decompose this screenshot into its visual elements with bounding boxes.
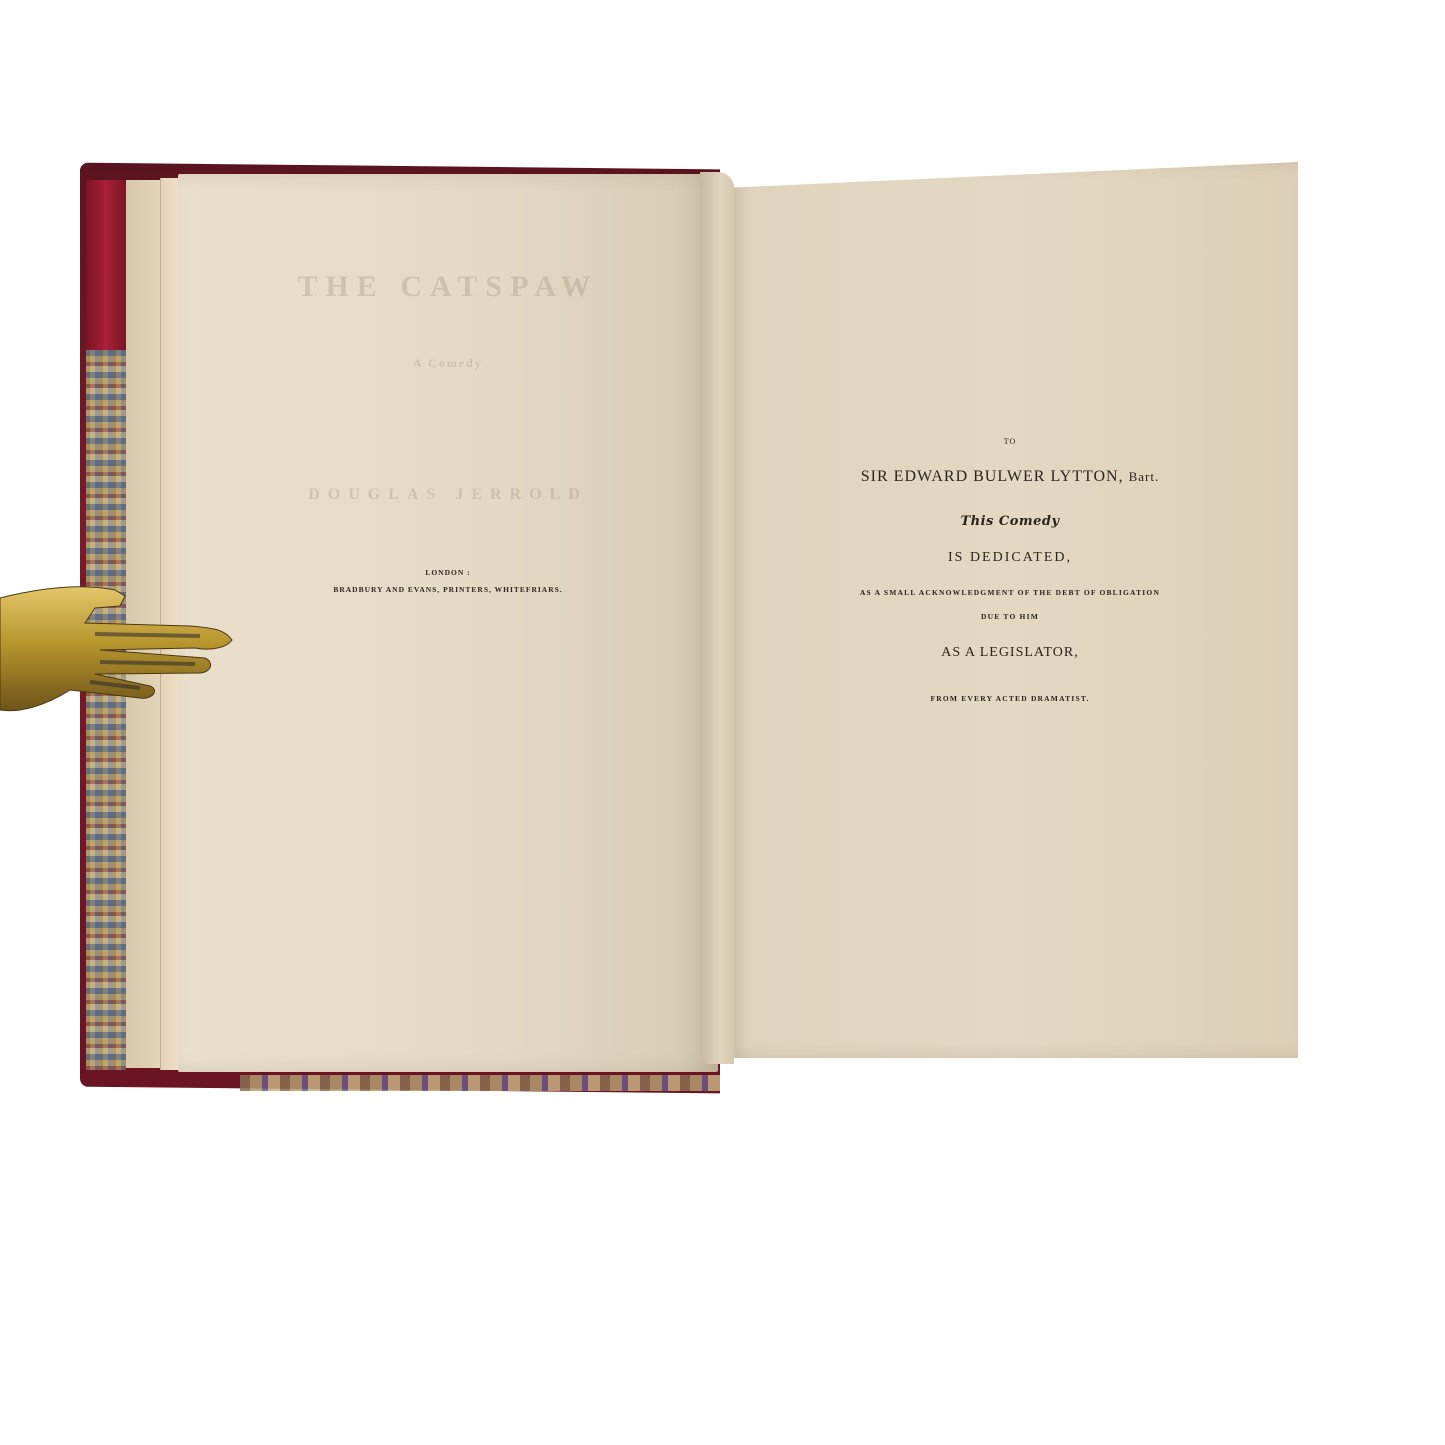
printer-imprint: LONDON : BRADBURY AND EVANS, PRINTERS, W… [178,568,718,594]
marbled-edge-bottom [240,1075,720,1091]
imprint-city: LONDON : [178,568,718,577]
dedicatee-suffix: Bart. [1129,469,1160,484]
dedication-due: DUE TO HIM [722,612,1298,621]
dedication-to: TO [722,437,1298,446]
right-page [722,162,1298,1058]
dedication-comedy: This Comedy [722,514,1298,529]
imprint-printer: BRADBURY AND EVANS, PRINTERS, WHITEFRIAR… [178,585,718,594]
dedicatee-name: SIR EDWARD BULWER LYTTON, Bart. [722,468,1298,486]
show-through-title: THE CATSPAW [178,270,718,304]
dedication-legislator: AS A LEGISLATOR, [722,645,1298,661]
show-through-subtitle: A Comedy [178,356,718,371]
brass-hand-icon [0,578,240,718]
left-page: THE CATSPAW A Comedy DOUGLAS JERROLD LON… [178,174,718,1072]
leather-corner [86,180,126,350]
show-through-author: DOUGLAS JERROLD [178,486,718,504]
dedication-is-dedicated: IS DEDICATED, [722,550,1298,566]
dedication-from: FROM EVERY ACTED DRAMATIST. [722,694,1298,703]
book-photo: THE CATSPAW A Comedy DOUGLAS JERROLD LON… [0,0,1445,1445]
dedicatee-name-text: SIR EDWARD BULWER LYTTON, [861,468,1124,485]
dedication-acknowledgment: AS A SMALL ACKNOWLEDGMENT OF THE DEBT OF… [722,588,1298,597]
